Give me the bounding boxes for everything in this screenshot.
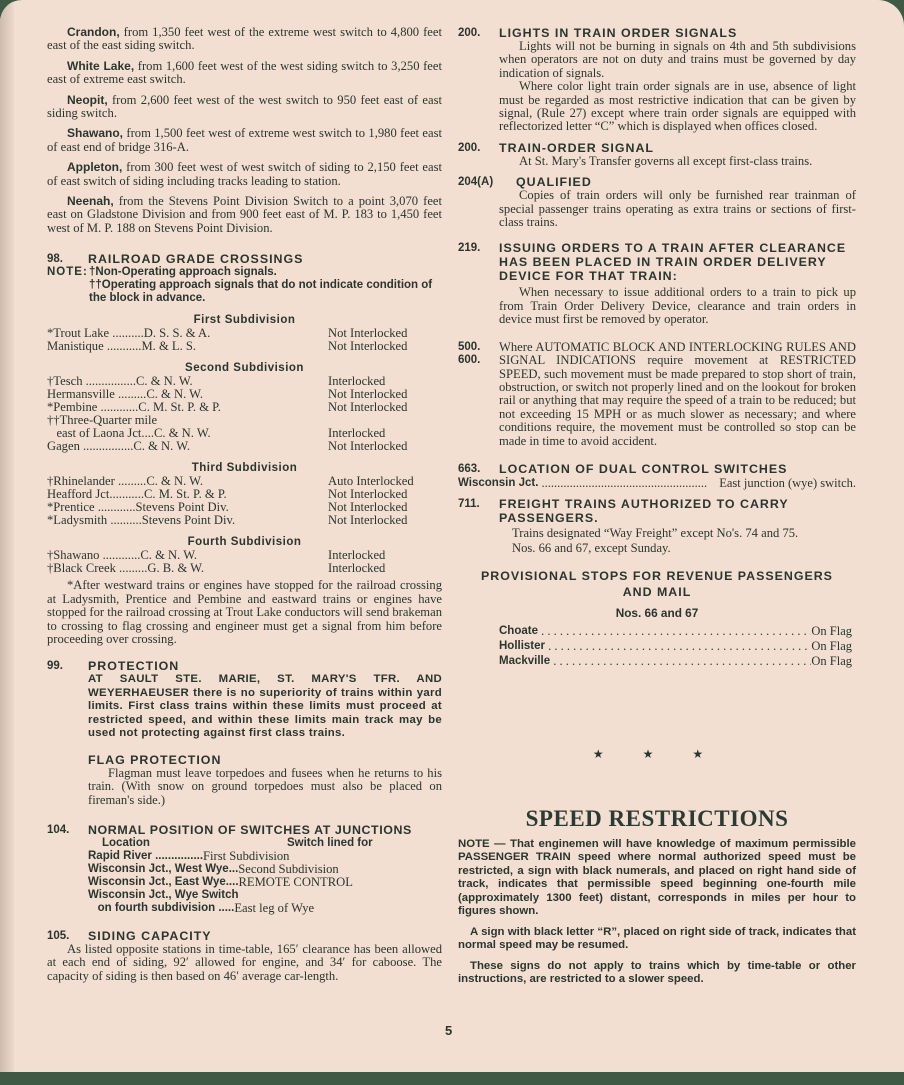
section-number: 99. [47,659,88,673]
crossing-location: Heafford Jct...........C. M. St. P. & P. [47,488,328,501]
flag-protection-body: Flagman must leave torpedoes and fusees … [88,767,442,807]
siding-capacity-body: As listed opposite stations in time-tabl… [47,943,442,983]
issuing-orders-body: When necessary to issue additional order… [499,286,856,326]
switch-location: Rapid River ............... [88,850,203,863]
section-number: 711. [458,497,499,525]
yard-limit-paragraph: Neopit, from 2,600 feet west of the west… [47,94,442,121]
flag-protection-heading: FLAG PROTECTION [88,753,442,767]
crossing-location: *Ladysmith ..........Stevens Point Div. [47,514,328,527]
yard-limit-paragraph: Appleton, from 300 feet west of west swi… [47,161,442,188]
place-name: Shawano, [67,126,123,140]
place-name: White Lake, [67,59,134,73]
dot-leader: . . . . . . . . . . . . . . . . . . . . … [550,654,811,669]
stop-name: Mackville [499,654,550,669]
section-200-lights-heading: 200. LIGHTS IN TRAIN ORDER SIGNALS [458,26,856,40]
provisional-stops-list: Choate . . . . . . . . . . . . . . . . .… [499,624,852,669]
place-name: Neenah, [67,194,114,208]
note-line-2: ††Operating approach signals that do not… [89,279,442,305]
stop-value: On Flag [811,654,852,669]
speed-exception-para: These signs do not apply to trains which… [458,960,856,987]
section-number: 204(A) [458,175,516,189]
interlock-status: Not Interlocked [328,340,442,353]
crossing-location: †Rhinelander .........C. & N. W. [47,475,328,488]
right-column: 200. LIGHTS IN TRAIN ORDER SIGNALS Light… [458,26,856,987]
place-name: Neopit, [67,93,108,107]
section-98-note: NOTE:†Non-Operating approach signals. ††… [47,266,442,305]
stop-value: On Flag [811,639,852,654]
left-column: Crandon, from 1,350 feet west of the ext… [47,26,442,990]
yard-limits-list: Crandon, from 1,350 feet west of the ext… [47,26,442,235]
dot-leader: . . . . . . . . . . . . . . . . . . . . … [545,639,811,654]
section-104-heading: 104. NORMAL POSITION OF SWITCHES AT JUNC… [47,823,442,837]
crossing-row: Gagen ................C. & N. W.Not Inte… [47,440,442,453]
section-number: 105. [47,929,88,943]
provisional-stop-row: Mackville . . . . . . . . . . . . . . . … [499,654,852,669]
restricted-speed-body: Where AUTOMATIC BLOCK AND INTERLOCKING R… [499,341,856,448]
lights-para-1: Lights will not be burning in signals on… [499,40,856,80]
section-title: LIGHTS IN TRAIN ORDER SIGNALS [499,26,737,40]
stop-name: Choate [499,624,538,639]
switch-lined-for: REMOTE CONTROL [239,876,353,889]
section-title: NORMAL POSITION OF SWITCHES AT JUNCTIONS [88,823,412,837]
section-711-heading: 711. FREIGHT TRAINS AUTHORIZED TO CARRY … [458,497,856,525]
crossing-location: †Shawano ............C. & N. W. [47,549,328,562]
grade-crossings-table: First Subdivision*Trout Lake ..........D… [47,314,442,575]
section-105-heading: 105. SIDING CAPACITY [47,929,442,943]
provisional-subtitle: Nos. 66 and 67 [458,606,856,620]
star-divider-icon: ★ ★ ★ [458,747,856,762]
section-number: 104. [47,823,88,837]
heading-line-2: AND MAIL [458,584,856,600]
crossing-location: †Tesch ................C. & N. W. [47,375,328,388]
crossing-location: Gagen ................C. & N. W. [47,440,328,453]
switch-location: on fourth subdivision ..... [88,902,234,915]
provisional-stop-row: Choate . . . . . . . . . . . . . . . . .… [499,624,852,639]
section-663-heading: 663. LOCATION OF DUAL CONTROL SWITCHES [458,462,856,476]
page-number: 5 [445,1023,452,1038]
dot-leader: . . . . . . . . . . . . . . . . . . . . … [538,624,811,639]
yard-limit-paragraph: Neenah, from the Stevens Point Division … [47,195,442,235]
switch-positions-table: Location Switch lined for Rapid River ..… [88,837,442,915]
location-value: East junction (wye) switch. [719,476,856,491]
switch-location: Wisconsin Jct., Wye Switch [88,889,239,902]
section-title: FREIGHT TRAINS AUTHORIZED TO CARRY PASSE… [499,497,856,525]
interlock-status: Interlocked [328,562,442,575]
provisional-stop-row: Hollister . . . . . . . . . . . . . . . … [499,639,852,654]
place-name: Crandon, [67,25,120,39]
location: Wisconsin Jct. [458,476,538,491]
train-order-body: At St. Mary's Transfer governs all excep… [499,155,856,168]
speed-sign-r-para: A sign with black letter “R”, placed on … [458,926,856,953]
freight-para-1: Trains designated “Way Freight” except N… [512,527,856,540]
section-title: ISSUING ORDERS TO A TRAIN AFTER CLEARANC… [499,241,856,283]
protection-body: AT SAULT STE. MARIE, ST. MARY'S TFR. AND… [88,673,442,741]
section-219-heading: 219. ISSUING ORDERS TO A TRAIN AFTER CLE… [458,241,856,283]
switch-row: Wisconsin Jct., East Wye....REMOTE CONTR… [88,876,442,889]
crossing-location: Manistique ...........M. & L. S. [47,340,328,353]
section-number-600: 600. [458,354,499,367]
section-number-500: 500. [458,341,499,354]
section-98-heading: 98. RAILROAD GRADE CROSSINGS [47,252,442,266]
speed-note-para: NOTE — That enginemen will have knowledg… [458,838,856,919]
crossing-location: ††Three-Quarter mile [47,414,328,427]
yard-limit-paragraph: White Lake, from 1,600 feet west of the … [47,60,442,87]
note-line-1: †Non-Operating approach signals. [89,266,277,279]
stop-name: Hollister [499,639,545,654]
section-title: QUALIFIED [516,175,592,189]
section-title: PROTECTION [88,659,179,673]
crossing-row: Manistique ...........M. & L. S.Not Inte… [47,340,442,353]
section-number: 200. [458,26,499,40]
interlock-status: Not Interlocked [328,514,442,527]
section-number: 98. [47,252,88,266]
dual-control-row: Wisconsin Jct. .........................… [458,476,856,491]
section-title: SIDING CAPACITY [88,929,212,943]
section-number: 663. [458,462,499,476]
yard-limit-paragraph: Shawano, from 1,500 feet west of extreme… [47,127,442,154]
yard-limit-paragraph: Crandon, from 1,350 feet west of the ext… [47,26,442,53]
stop-value: On Flag [811,624,852,639]
freight-para-2: Nos. 66 and 67, except Sunday. [512,542,856,555]
section-title: TRAIN-ORDER SIGNAL [499,141,654,155]
section-200-train-order-heading: 200. TRAIN-ORDER SIGNAL [458,141,856,155]
crossing-location: *Prentice ............Stevens Point Div. [47,501,328,514]
switch-lined-for: East leg of Wye [234,902,314,915]
speed-restrictions-title: SPEED RESTRICTIONS [458,806,856,832]
interlock-status: Not Interlocked [328,440,442,453]
place-name: Appleton, [67,160,122,174]
crossing-location: Hermansville .........C. & N. W. [47,388,328,401]
section-number: 219. [458,241,499,283]
lights-para-2: Where color light train order signals ar… [499,80,856,134]
heading-line-1: PROVISIONAL STOPS FOR REVENUE PASSENGERS [458,568,856,584]
switch-location: Wisconsin Jct., East Wye.... [88,876,239,889]
col-switch-lined: Switch lined for [287,837,373,850]
interlock-status: Not Interlocked [328,401,442,414]
crossing-location: †Black Creek .........G. B. & W. [47,562,328,575]
crossing-row: *Pembine ............C. M. St. P. & P.No… [47,401,442,414]
section-204a-heading: 204(A) QUALIFIED [458,175,856,189]
provisional-stops-heading: PROVISIONAL STOPS FOR REVENUE PASSENGERS… [458,568,856,600]
crossing-location: *Pembine ............C. M. St. P. & P. [47,401,328,414]
crossing-location: east of Laona Jct....C. & N. W. [47,427,328,440]
crossing-footnote: *After westward trains or engines have s… [47,579,442,646]
switch-row: on fourth subdivision .....East leg of W… [88,902,442,915]
section-99-heading: 99. PROTECTION [47,659,442,673]
crossing-location: *Trout Lake ..........D. S. S. & A. [47,327,328,340]
section-title: RAILROAD GRADE CROSSINGS [88,252,303,266]
section-title: LOCATION OF DUAL CONTROL SWITCHES [499,462,787,476]
note-label: NOTE: [47,266,89,279]
section-number: 200. [458,141,499,155]
switch-location: Wisconsin Jct., West Wye... [88,863,238,876]
qualified-body: Copies of train orders will only be furn… [499,189,856,229]
document-page: Crandon, from 1,350 feet west of the ext… [0,0,904,1072]
crossing-row: †Black Creek .........G. B. & W.Interloc… [47,562,442,575]
section-500-600: 500. 600. Where AUTOMATIC BLOCK AND INTE… [458,341,856,462]
crossing-row: *Ladysmith ..........Stevens Point Div.N… [47,514,442,527]
